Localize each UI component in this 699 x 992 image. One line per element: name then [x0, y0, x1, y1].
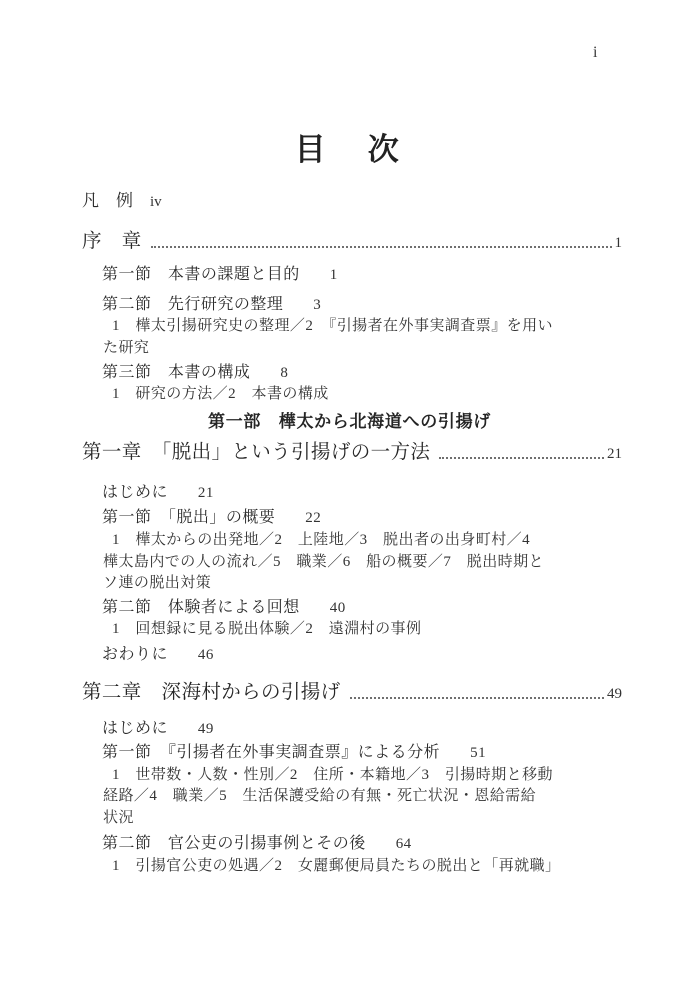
chapter-entry: 第一章 「脱出」という引揚げの一方法 21 — [82, 441, 622, 465]
section-label: 第三節 本書の構成 — [102, 364, 250, 381]
subsection-line: た研究 — [103, 336, 149, 357]
section-entry: 第一節 『引揚者在外事実調査票』による分析51 — [102, 739, 486, 762]
subsection-line: 経路／4 職業／5 生活保護受給の有無・死亡状況・恩給需給 — [103, 784, 536, 805]
section-entry: 第一節 本書の課題と目的1 — [102, 261, 338, 284]
part-heading: 第一部 樺太から北海道への引揚げ — [0, 407, 699, 432]
dot-leader — [350, 697, 604, 699]
page-title: 目 次 — [0, 124, 699, 169]
page-number: 40 — [330, 600, 346, 616]
subsection-line: 1 引揚官公吏の処遇／2 女麗郵便局員たちの脱出と「再就職」 — [112, 854, 561, 875]
section-entry: おわりに46 — [102, 641, 214, 664]
section-entry: はじめに49 — [102, 715, 214, 738]
page-number: 1 — [615, 234, 623, 254]
section-label: 第二節 体験者による回想 — [102, 599, 300, 616]
page-number: 49 — [607, 685, 622, 705]
section-label: 第二節 先行研究の整理 — [102, 296, 283, 313]
chapter-title: 序 章 — [82, 230, 142, 254]
chapter-entry: 序 章 1 — [82, 230, 622, 254]
section-entry: 第二節 先行研究の整理3 — [102, 291, 321, 314]
subsection-line: 1 世帯数・人数・性別／2 住所・本籍地／3 引揚時期と移動 — [112, 763, 553, 784]
section-label: 第二節 官公吏の引揚事例とその後 — [102, 835, 366, 852]
subsection-line: 1 樺太からの出発地／2 上陸地／3 脱出者の出身町村／4 — [112, 528, 530, 549]
toc-page: i 目 次 凡 例iv 序 章 1 第一節 本書の課題と目的1 第二節 先行研究… — [0, 0, 699, 992]
subsection-line: 1 研究の方法／2 本書の構成 — [112, 382, 329, 403]
section-label: 第一節 「脱出」の概要 — [102, 509, 275, 526]
dot-leader — [151, 246, 612, 248]
section-label: 第一節 本書の課題と目的 — [102, 266, 300, 283]
section-entry: 第一節 「脱出」の概要22 — [102, 504, 321, 527]
dot-leader — [439, 457, 604, 459]
page-number: 21 — [607, 445, 622, 465]
subsection-line: 状況 — [103, 806, 134, 827]
page-folio: i — [593, 44, 597, 62]
page-number: 51 — [470, 745, 486, 761]
page-number: 3 — [313, 297, 321, 313]
section-label: はじめに — [102, 720, 168, 737]
page-number: 22 — [305, 510, 321, 526]
frontmatter-label: 凡 例 — [82, 191, 133, 210]
section-entry: 第三節 本書の構成8 — [102, 359, 288, 382]
page-number: 64 — [396, 836, 412, 852]
page-number: 46 — [198, 647, 214, 663]
frontmatter-entry: 凡 例iv — [82, 186, 162, 211]
page-number: 49 — [198, 721, 214, 737]
page-number: 8 — [280, 365, 288, 381]
section-entry: はじめに21 — [102, 479, 214, 502]
section-entry: 第二節 官公吏の引揚事例とその後64 — [102, 830, 412, 853]
subsection-line: 樺太島内での人の流れ／5 職業／6 船の概要／7 脱出時期と — [103, 550, 544, 571]
section-label: 第一節 『引揚者在外事実調査票』による分析 — [102, 744, 440, 761]
section-label: はじめに — [102, 484, 168, 501]
page-number: iv — [150, 194, 162, 210]
subsection-line: ソ連の脱出対策 — [103, 571, 211, 592]
subsection-line: 1 回想録に見る脱出体験／2 遠淵村の事例 — [112, 617, 421, 638]
chapter-title: 第一章 「脱出」という引揚げの一方法 — [82, 441, 430, 465]
page-number: 1 — [330, 267, 338, 283]
page-number: 21 — [198, 485, 214, 501]
chapter-entry: 第二章 深海村からの引揚げ 49 — [82, 681, 622, 705]
section-entry: 第二節 体験者による回想40 — [102, 594, 346, 617]
section-label: おわりに — [102, 646, 168, 663]
subsection-line: 1 樺太引揚研究史の整理／2 『引揚者在外事実調査票』を用い — [112, 314, 553, 335]
chapter-title: 第二章 深海村からの引揚げ — [82, 681, 341, 705]
